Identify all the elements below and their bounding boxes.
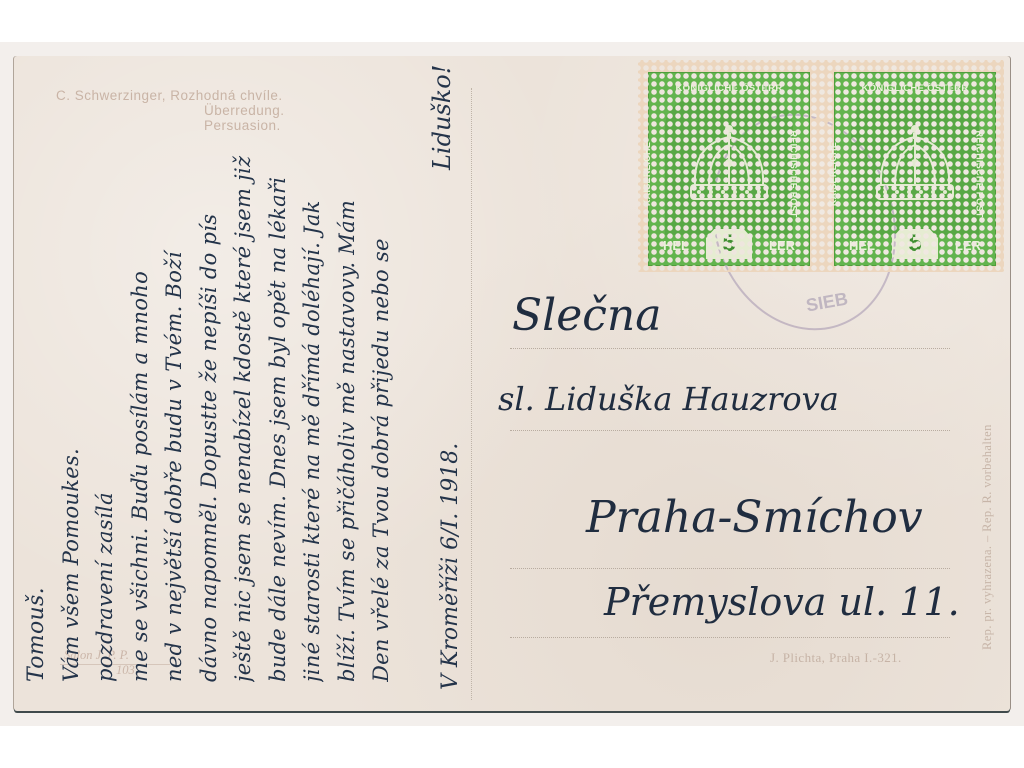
message-line: ještě nic jsem se nenabízel kdostě které… [231, 82, 266, 682]
stamp-unit-left: HEL [663, 238, 689, 253]
address-rule [510, 568, 950, 569]
message-line: me se všichni. Buďu posílám a mnoho [128, 82, 163, 682]
address-line-1: Slečna [512, 290, 661, 341]
message-line: blíží. Tvím se přičáholiv mě nastavovy. … [335, 82, 370, 682]
message-lines: Den vřelé za Tvou dobrá přijedu nebo seb… [24, 82, 404, 682]
crown-icon [683, 123, 775, 209]
message-signature: Tomouš. [24, 82, 59, 682]
address-line-3: Praha-Smíchov [586, 492, 923, 543]
stamp-unit-left: HEL [849, 238, 875, 253]
address-rule [510, 637, 950, 638]
message-line: Vám všem Pomoukes. [59, 82, 94, 682]
postage-stamp: KÖNIGLICHE ÖSTERR KAISERLICHE REICHISCHE… [648, 72, 810, 266]
address-line-4: Přemyslova ul. 11. [604, 580, 960, 624]
printer-imprint: J. Plichta, Praha I.-321. [770, 650, 902, 666]
stamp-denomination: 5 [892, 229, 938, 259]
message-place-date: V Kroměříži 6/I. 1918. [438, 443, 463, 690]
stamp-right-text: REICHISCHE POST [788, 130, 798, 217]
stamp-denomination: 5 [706, 229, 752, 259]
address-rule [510, 430, 950, 431]
address-line-2: sl. Liduška Hauzrova [498, 380, 839, 418]
rights-notice: Rep. pr. vyhrazena. – Rep. R. vorbehalte… [980, 424, 995, 650]
crown-icon [869, 123, 961, 209]
stamp-pair: KÖNIGLICHE ÖSTERR KAISERLICHE REICHISCHE… [638, 60, 1004, 272]
stamp-top-text: KÖNIGLICHE ÖSTERR [649, 83, 809, 94]
stamp-left-text: KAISERLICHE [642, 142, 652, 206]
stamp-unit-right: LER [769, 238, 795, 253]
message-line: jiné starosti které na mě dřímá doléhají… [300, 82, 335, 682]
stamp-unit-right: LER [955, 238, 981, 253]
message-line: Den vřelé za Tvou dobrá přijedu nebo se [369, 82, 404, 682]
message-greeting: Liduško! [428, 65, 456, 170]
stamp-right-text: REICHISCHE POST [974, 130, 984, 217]
stamp-top-text: KÖNIGLICHE ÖSTERR [835, 83, 995, 94]
handwritten-message: Den vřelé za Tvou dobrá přijedu nebo seb… [30, 70, 470, 690]
message-line: ned v největší dobře budu v Tvém. Boží [162, 82, 197, 682]
postage-stamp: KÖNIGLICHE ÖSTERR KAISERLICHE REICHISCHE… [834, 72, 996, 266]
message-line: pozdravení zasílá [93, 82, 128, 682]
message-line: dávno napomněl. Dopustte že nepíši do pí… [197, 82, 232, 682]
message-line: bude dále nevím. Dnes jsem byl opět na l… [266, 82, 301, 682]
address-rule [510, 348, 950, 349]
stamp-left-text: KAISERLICHE [828, 142, 838, 206]
center-divider [471, 88, 472, 700]
